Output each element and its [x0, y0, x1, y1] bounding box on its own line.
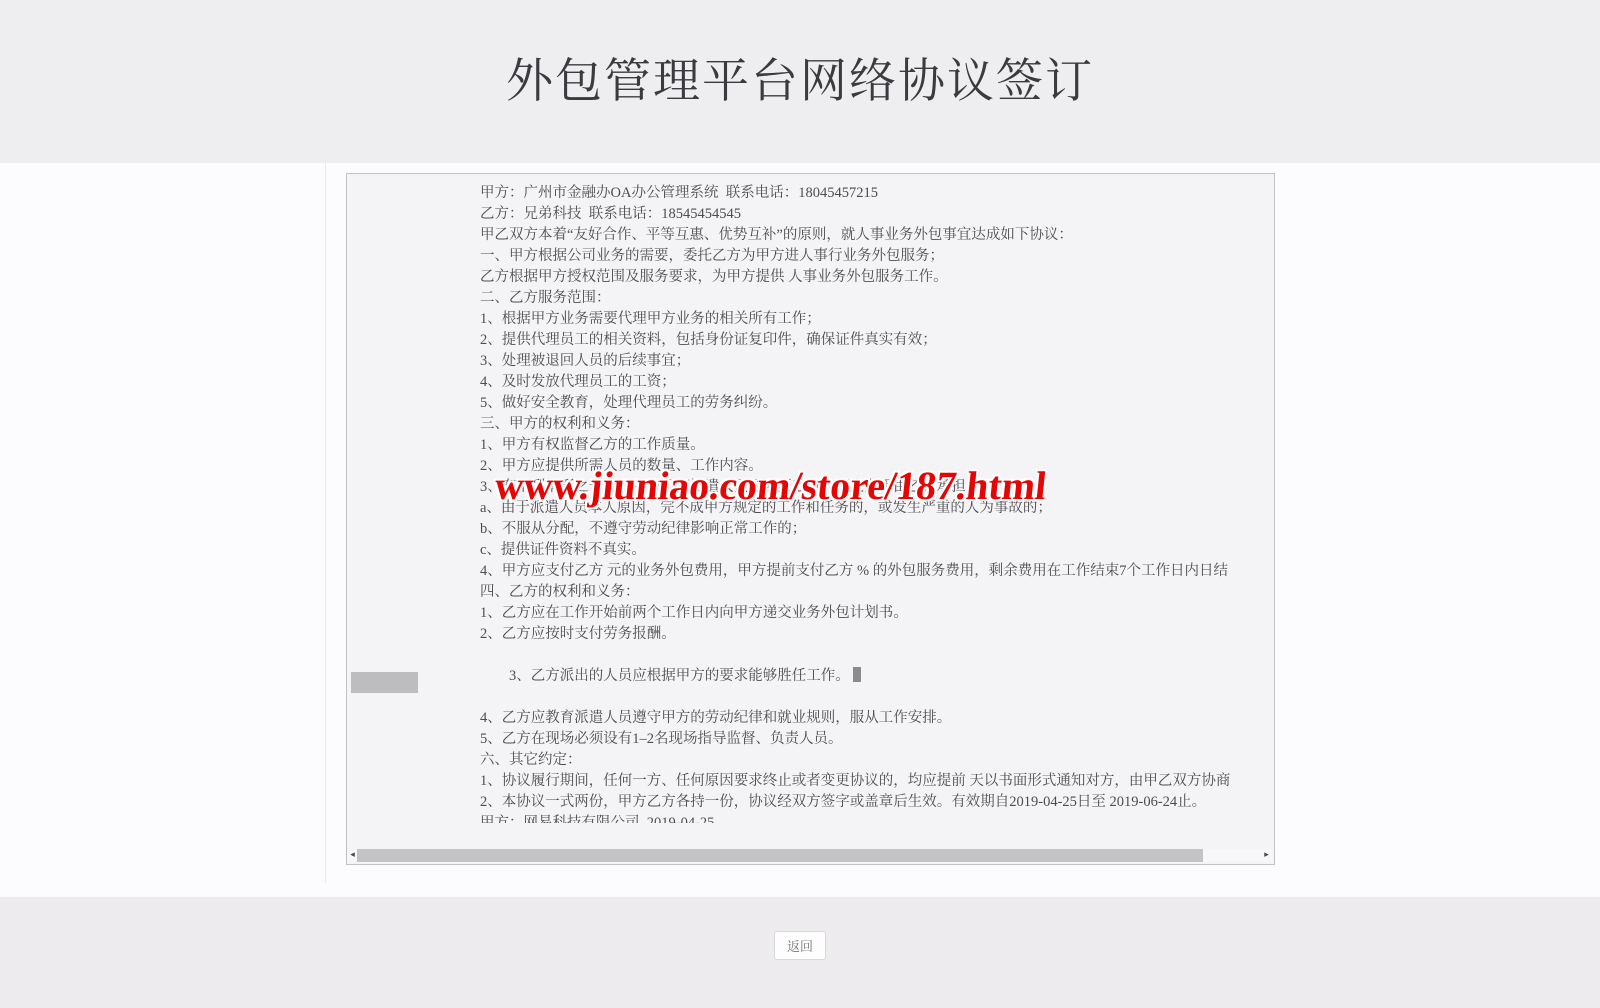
agreement-line: 4、乙方应教育派遣人员遵守甲方的劳动纪律和就业规则，服从工作安排。 — [480, 708, 1274, 729]
scroll-left-icon[interactable]: ◂ — [348, 849, 357, 862]
agreement-line: c、提供证件资料不真实。 — [480, 540, 1274, 561]
agreement-line: 2、提供代理员工的相关资料，包括身份证复印件，确保证件真实有效； — [480, 330, 1274, 351]
agreement-line: 甲方：网易科技有限公司 2019-04-25 — [480, 813, 1274, 823]
agreement-line: 1、协议履行期间，任何一方、任何原因要求终止或者变更协议的，均应提前 天以书面形… — [480, 771, 1274, 792]
scroll-right-icon[interactable]: ▸ — [1262, 849, 1271, 862]
agreement-line-text: 3、乙方派出的人员应根据甲方的要求能够胜任工作。 — [509, 668, 850, 684]
agreement-line: 1、乙方应在工作开始前两个工作日内向甲方递交业务外包计划书。 — [480, 603, 1274, 624]
page-title: 外包管理平台网络协议签订 — [0, 0, 1600, 111]
agreement-line: 3、乙方派出的人员应根据甲方的要求能够胜任工作。 — [480, 645, 1274, 708]
page-footer: 返回 — [0, 897, 1600, 1008]
agreement-line: 1、甲方有权监督乙方的工作质量。 — [480, 435, 1274, 456]
agreement-line: 二、乙方服务范围： — [480, 288, 1274, 309]
agreement-line: 一、甲方根据公司业务的需要，委托乙方为甲方进人事行业务外包服务； — [480, 246, 1274, 267]
agreement-text-area: 甲方：广州市金融办OA办公管理系统 联系电话：18045457215 乙方：兄弟… — [480, 183, 1274, 823]
agreement-line: 2、本协议一式两份，甲方乙方各持一份，协议经双方签字或盖章后生效。有效期自201… — [480, 792, 1274, 813]
agreement-line: 5、乙方在现场必须设有1–2名现场指导监督、负责人员。 — [480, 729, 1274, 750]
text-cursor-mark — [853, 667, 861, 682]
gray-placeholder-block — [351, 672, 418, 693]
agreement-line: 六、其它约定： — [480, 750, 1274, 771]
agreement-line: 1、根据甲方业务需要代理甲方业务的相关所有工作； — [480, 309, 1274, 330]
agreement-line: 乙方：兄弟科技 联系电话：18545454545 — [480, 204, 1274, 225]
agreement-line: 乙方根据甲方授权范围及服务要求，为甲方提供 人事业务外包服务工作。 — [480, 267, 1274, 288]
agreement-line: 4、及时发放代理员工的工资； — [480, 372, 1274, 393]
agreement-line: 三、甲方的权利和义务： — [480, 414, 1274, 435]
left-divider — [325, 163, 326, 883]
agreement-panel: 甲方：广州市金融办OA办公管理系统 联系电话：18045457215 乙方：兄弟… — [346, 173, 1275, 865]
agreement-line: a、由于派遣人员本人原因，完不成甲方规定的工作和任务的，或发生严重的人为事故的； — [480, 498, 1274, 519]
agreement-line: 5、做好安全教育，处理代理员工的劳务纠纷。 — [480, 393, 1274, 414]
agreement-line: 甲乙双方本着“友好合作、平等互惠、优势互补”的原则，就人事业务外包事宜达成如下协… — [480, 225, 1274, 246]
agreement-line: 四、乙方的权利和义务： — [480, 582, 1274, 603]
agreement-line: 3、有下列情形之一的，甲方可将派遣人员退回至乙方，相应费用由乙方承担： — [480, 477, 1274, 498]
agreement-line: b、不服从分配，不遵守劳动纪律影响正常工作的； — [480, 519, 1274, 540]
main-area: 甲方：广州市金融办OA办公管理系统 联系电话：18045457215 乙方：兄弟… — [0, 163, 1600, 897]
agreement-line: 4、甲方应支付乙方 元的业务外包费用，甲方提前支付乙方 % 的外包服务费用，剩余… — [480, 561, 1274, 582]
agreement-line: 甲方：广州市金融办OA办公管理系统 联系电话：18045457215 — [480, 183, 1274, 204]
agreement-line: 2、乙方应按时支付劳务报酬。 — [480, 624, 1274, 645]
page-header: 外包管理平台网络协议签订 — [0, 0, 1600, 163]
agreement-line: 3、处理被退回人员的后续事宜； — [480, 351, 1274, 372]
scrollbar-thumb[interactable] — [357, 849, 1203, 862]
horizontal-scrollbar[interactable]: ◂ ▸ — [348, 849, 1273, 862]
back-button[interactable]: 返回 — [774, 931, 826, 960]
agreement-line: 2、甲方应提供所需人员的数量、工作内容。 — [480, 456, 1274, 477]
